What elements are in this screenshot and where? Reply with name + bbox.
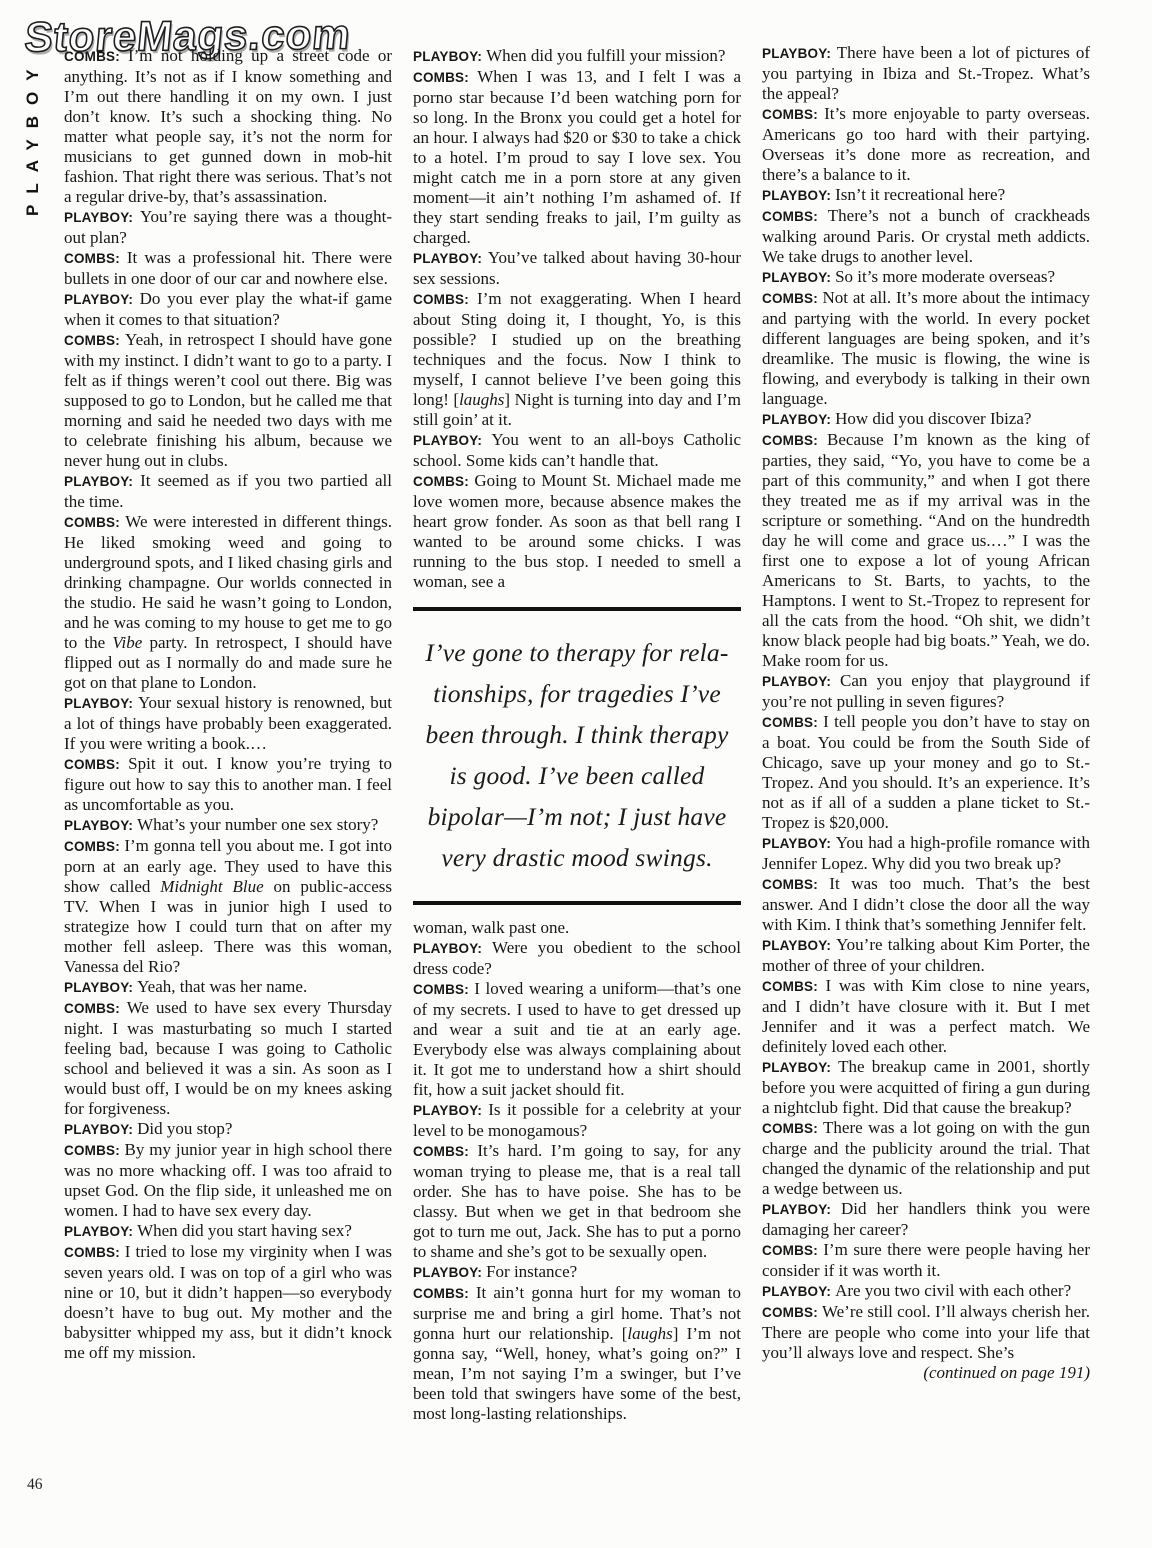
speaker-label: PLAYBOY: [762,674,840,689]
interview-paragraph: woman, walk past one. [413,918,741,938]
speaker-label: PLAYBOY: [762,270,835,285]
speaker-label: PLAYBOY: [413,433,491,448]
interview-paragraph: COMBS: It was too much. That’s the best … [762,874,1090,935]
interview-paragraph: PLAYBOY: You’re talking about Kim Porter… [762,935,1090,976]
interview-paragraph: PLAYBOY: Do you ever play the what-if ga… [64,289,392,330]
speaker-label: PLAYBOY: [762,188,835,203]
speaker-label: COMBS: [762,433,827,448]
speaker-label: COMBS: [762,877,829,892]
speaker-label: PLAYBOY: [413,941,492,956]
speaker-label: PLAYBOY: [64,980,137,995]
speaker-label: COMBS: [413,982,474,997]
interview-paragraph: COMBS: It’s more enjoyable to party over… [762,104,1090,185]
speaker-label: COMBS: [64,757,128,772]
interview-paragraph: PLAYBOY: Are you two civil with each oth… [762,1281,1090,1302]
interview-paragraph: COMBS: We’re still cool. I’ll always che… [762,1302,1090,1363]
pull-quote-line: very drastic mood swings. [413,837,741,878]
interview-paragraph: PLAYBOY: When did you fulfill your missi… [413,46,741,67]
speaker-label: COMBS: [64,1001,127,1016]
speaker-label: COMBS: [64,49,128,64]
speaker-label: PLAYBOY: [762,938,836,953]
speaker-label: COMBS: [762,107,824,122]
pull-quote-line: is good. I’ve been called [413,755,741,796]
interview-paragraph: COMBS: Spit it out. I know you’re trying… [64,754,392,815]
interview-paragraph: COMBS: I’m gonna tell you about me. I go… [64,836,392,977]
speaker-label: PLAYBOY: [64,1122,137,1137]
interview-paragraph: PLAYBOY: Isn’t it recreational here? [762,185,1090,206]
speaker-label: COMBS: [762,209,828,224]
speaker-label: COMBS: [762,715,823,730]
speaker-label: PLAYBOY: [64,696,138,711]
speaker-label: COMBS: [762,1305,822,1320]
speaker-label: COMBS: [413,474,474,489]
interview-paragraph: PLAYBOY: You had a high-profile romance … [762,833,1090,874]
speaker-label: COMBS: [64,515,125,530]
interview-paragraph: PLAYBOY: It seemed as if you two partied… [64,471,392,512]
interview-paragraph: PLAYBOY: Can you enjoy that playground i… [762,671,1090,712]
speaker-label: COMBS: [413,292,477,307]
speaker-label: COMBS: [64,1245,125,1260]
interview-paragraph: PLAYBOY: You went to an all-boys Catholi… [413,430,741,471]
speaker-label: COMBS: [762,291,822,306]
speaker-label: PLAYBOY: [762,1060,838,1075]
speaker-label: PLAYBOY: [762,46,837,61]
interview-paragraph: COMBS: I loved wearing a uniform—that’s … [413,979,741,1100]
speaker-label: PLAYBOY: [64,474,140,489]
interview-paragraph: COMBS: We used to have sex every Thursda… [64,998,392,1119]
pull-quote-line: I’ve gone to therapy for rela- [413,632,741,673]
italic-phrase: laughs [627,1324,672,1343]
speaker-label: PLAYBOY: [762,1202,841,1217]
speaker-label: COMBS: [413,1286,476,1301]
speaker-label: PLAYBOY: [64,210,140,225]
speaker-label: COMBS: [762,979,825,994]
speaker-label: PLAYBOY: [762,1284,835,1299]
continued-note: (continued on page 191) [762,1363,1090,1383]
speaker-label: COMBS: [762,1243,823,1258]
interview-paragraph: PLAYBOY: Your sexual history is renowned… [64,693,392,754]
interview-paragraph: COMBS: I tried to lose my virginity when… [64,1242,392,1363]
interview-paragraph: PLAYBOY: For instance? [413,1262,741,1283]
interview-paragraph: COMBS: It was a professional hit. There … [64,248,392,289]
interview-paragraph: COMBS: I was with Kim close to nine year… [762,976,1090,1057]
interview-paragraph: PLAYBOY: Yeah, that was her name. [64,977,392,998]
interview-paragraph: COMBS: I’m sure there were people having… [762,1240,1090,1281]
interview-paragraph: COMBS: Because I’m known as the king of … [762,430,1090,671]
speaker-label: PLAYBOY: [413,1265,486,1280]
magazine-page: StoreMags.com PLAYBOY COMBS: I’m not hol… [0,0,1152,1548]
page-number: 46 [27,1476,43,1494]
pull-quote-line: tionships, for tragedies I’ve [413,673,741,714]
interview-paragraph: COMBS: It ain’t gonna hurt for my woman … [413,1283,741,1424]
speaker-label: COMBS: [64,1143,125,1158]
speaker-label: COMBS: [64,251,127,266]
pull-quote: I’ve gone to therapy for rela-tionships,… [413,607,741,905]
magazine-spine-text: PLAYBOY [23,58,43,216]
speaker-label: PLAYBOY: [762,836,836,851]
italic-phrase: Midnight Blue [160,877,263,896]
pull-quote-line: been through. I think therapy [413,714,741,755]
interview-paragraph: COMBS: When I was 13, and I felt I was a… [413,67,741,248]
interview-paragraph: PLAYBOY: So it’s more moderate overseas? [762,267,1090,288]
interview-paragraph: COMBS: It’s hard. I’m going to say, for … [413,1141,741,1262]
text-column-1: COMBS: I’m not holding up a street code … [64,46,392,1363]
interview-paragraph: PLAYBOY: When did you start having sex? [64,1221,392,1242]
speaker-label: PLAYBOY: [64,1224,137,1239]
interview-paragraph: PLAYBOY: The breakup came in 2001, short… [762,1057,1090,1118]
interview-paragraph: PLAYBOY: There have been a lot of pictur… [762,43,1090,104]
interview-paragraph: COMBS: We were interested in different t… [64,512,392,693]
interview-paragraph: COMBS: By my junior year in high school … [64,1140,392,1221]
interview-paragraph: COMBS: There’s not a bunch of crackheads… [762,206,1090,267]
speaker-label: PLAYBOY: [413,1103,488,1118]
interview-paragraph: PLAYBOY: What’s your number one sex stor… [64,815,392,836]
pull-quote-line: bipolar—I’m not; I just have [413,796,741,837]
interview-paragraph: PLAYBOY: Did her handlers think you were… [762,1199,1090,1240]
speaker-label: PLAYBOY: [64,292,140,307]
speaker-label: COMBS: [64,839,124,854]
interview-paragraph: PLAYBOY: Did you stop? [64,1119,392,1140]
interview-paragraph: COMBS: There was a lot going on with the… [762,1118,1090,1199]
interview-paragraph: COMBS: I’m not holding up a street code … [64,46,392,207]
speaker-label: PLAYBOY: [762,412,835,427]
interview-paragraph: COMBS: Not at all. It’s more about the i… [762,288,1090,409]
interview-paragraph: PLAYBOY: You’ve talked about having 30-h… [413,248,741,289]
interview-paragraph: PLAYBOY: You’re saying there was a thoug… [64,207,392,248]
interview-paragraph: COMBS: I tell people you don’t have to s… [762,712,1090,833]
text-column-3: PLAYBOY: There have been a lot of pictur… [762,43,1090,1383]
speaker-label: COMBS: [413,70,477,85]
speaker-label: PLAYBOY: [413,49,486,64]
interview-paragraph: PLAYBOY: How did you discover Ibiza? [762,409,1090,430]
italic-phrase: Vibe [112,633,142,652]
interview-paragraph: PLAYBOY: Were you obedient to the school… [413,938,741,979]
speaker-label: PLAYBOY: [64,818,137,833]
interview-paragraph: PLAYBOY: Is it possible for a celebrity … [413,1100,741,1141]
speaker-label: COMBS: [762,1121,823,1136]
interview-paragraph: COMBS: I’m not exaggerating. When I hear… [413,289,741,430]
italic-phrase: laughs [459,390,504,409]
interview-paragraph: COMBS: Going to Mount St. Michael made m… [413,471,741,592]
speaker-label: COMBS: [413,1144,477,1159]
text-column-2: PLAYBOY: When did you fulfill your missi… [413,46,741,1424]
speaker-label: PLAYBOY: [413,251,488,266]
speaker-label: COMBS: [64,333,125,348]
interview-paragraph: COMBS: Yeah, in retrospect I should have… [64,330,392,471]
